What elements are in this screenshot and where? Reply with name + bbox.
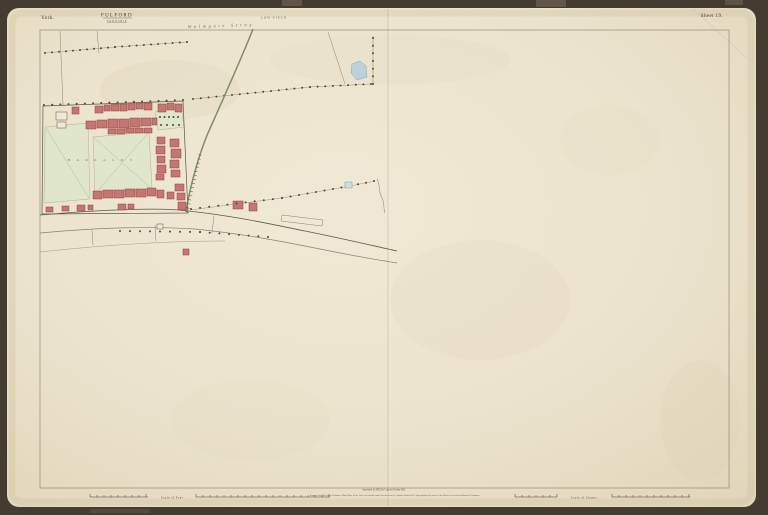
- building-block: [156, 146, 165, 154]
- tree-dot: [324, 190, 326, 192]
- tree-dot: [263, 199, 265, 201]
- tree-dot: [128, 45, 130, 47]
- tree-dot: [208, 206, 210, 208]
- building-block: [125, 189, 135, 197]
- adjacent-sheet-edge: [282, 0, 302, 6]
- tree-dot: [372, 68, 374, 70]
- tree-dot: [79, 49, 81, 51]
- tree-dot: [372, 75, 374, 77]
- building-block: [120, 104, 127, 111]
- tree-dot: [173, 116, 175, 118]
- tree-dot: [199, 207, 201, 209]
- tree-dot: [129, 230, 131, 232]
- tree-dot: [372, 60, 374, 62]
- tree-dot: [209, 232, 211, 234]
- tree-dot: [340, 85, 342, 87]
- building-block: [175, 184, 184, 191]
- building-block: [249, 203, 257, 211]
- building-block: [104, 105, 110, 111]
- tree-dot: [169, 231, 171, 233]
- tree-dot: [182, 99, 184, 101]
- tree-dot: [177, 116, 179, 118]
- tree-dot: [370, 83, 372, 85]
- tree-dot: [199, 231, 201, 233]
- building-block: [157, 156, 165, 163]
- small-blue-structure: [345, 182, 352, 188]
- building-block: [118, 204, 126, 210]
- tree-dot: [117, 101, 119, 103]
- tree-dot: [119, 230, 121, 232]
- tree-dot: [189, 231, 191, 233]
- tree-dot: [372, 45, 374, 47]
- tree-dot: [286, 88, 288, 90]
- building-block: [136, 103, 143, 109]
- tree-dot: [309, 86, 311, 88]
- tree-dot: [238, 234, 240, 236]
- tree-dot: [149, 230, 151, 232]
- building-block: [97, 120, 107, 128]
- scale-bar-right-label: Scale of Chains: [571, 496, 598, 500]
- tree-dot: [158, 100, 160, 102]
- tree-dot: [72, 50, 74, 52]
- tree-dot: [51, 104, 53, 106]
- tree-dot: [267, 236, 269, 238]
- tree-dot: [278, 89, 280, 91]
- tree-dot: [239, 93, 241, 95]
- tree-dot: [164, 116, 166, 118]
- building-block: [147, 188, 156, 196]
- building-block: [114, 190, 124, 198]
- tree-dot: [86, 48, 88, 50]
- tree-dot: [262, 91, 264, 93]
- tree-dot: [372, 52, 374, 54]
- tree-dot: [125, 101, 127, 103]
- tree-dot: [324, 85, 326, 87]
- tree-dot: [226, 204, 228, 206]
- building-block: [135, 128, 143, 133]
- building-block: [156, 174, 164, 180]
- tree-dot: [172, 124, 174, 126]
- building-outline: [57, 122, 66, 128]
- building-block: [167, 103, 174, 110]
- tree-dot: [143, 44, 145, 46]
- corner-label: York.: [41, 15, 54, 21]
- building-block: [157, 165, 166, 173]
- tree-dot: [174, 99, 176, 101]
- parade-ground: [44, 123, 90, 203]
- building-block: [103, 190, 113, 198]
- building-block: [141, 118, 151, 126]
- tree-dot: [362, 83, 364, 85]
- tree-dot: [160, 124, 162, 126]
- tree-dot: [178, 124, 180, 126]
- tree-dot: [157, 43, 159, 45]
- tree-dot: [133, 101, 135, 103]
- field-name-label: LOW FIELD: [261, 16, 287, 20]
- building-block: [144, 128, 152, 133]
- building-block: [95, 106, 103, 113]
- building-block: [130, 118, 140, 127]
- building-block: [136, 189, 146, 197]
- building-block: [157, 137, 165, 144]
- tree-dot: [218, 232, 220, 234]
- tree-dot: [149, 100, 151, 102]
- tree-dot: [92, 102, 94, 104]
- tree-dot: [245, 201, 247, 203]
- tree-dot: [231, 94, 233, 96]
- tree-dot: [150, 44, 152, 46]
- building-block: [119, 119, 129, 128]
- tree-dot: [247, 92, 249, 94]
- building-block: [183, 249, 189, 255]
- tree-dot: [159, 116, 161, 118]
- tree-dot: [257, 235, 259, 237]
- tree-dot: [139, 230, 141, 232]
- building-block: [171, 170, 180, 177]
- building-block: [233, 201, 243, 209]
- tree-dot: [341, 187, 343, 189]
- tree-dot: [166, 100, 168, 102]
- parish-heading-sub: TOWNSHIP: [107, 20, 128, 23]
- tree-dot: [100, 47, 102, 49]
- tree-dot: [136, 45, 138, 47]
- building-block: [117, 129, 125, 134]
- building-block: [93, 191, 102, 199]
- adjacent-sheet-edge: [536, 0, 566, 7]
- tree-dot: [108, 102, 110, 104]
- building-block: [170, 139, 179, 147]
- imprint-line-2: Engraved in 1853 at the Ordnance Map Off…: [310, 494, 481, 497]
- tree-dot: [315, 191, 317, 193]
- building-block: [157, 190, 164, 198]
- tree-dot: [190, 208, 192, 210]
- tree-dot: [332, 85, 334, 87]
- building-block: [170, 160, 179, 168]
- tree-dot: [186, 41, 188, 43]
- tree-dot: [68, 103, 70, 105]
- tree-dot: [298, 194, 300, 196]
- tree-dot: [168, 116, 170, 118]
- building-block: [46, 207, 53, 212]
- building-block: [177, 193, 185, 200]
- tree-dot: [59, 103, 61, 105]
- tree-dot: [236, 203, 238, 205]
- building-block: [108, 129, 116, 134]
- tree-dot: [58, 51, 60, 53]
- tree-dot: [270, 90, 272, 92]
- tree-dot: [44, 52, 46, 54]
- tree-dot: [248, 235, 250, 237]
- tree-dot: [332, 188, 334, 190]
- tree-dot: [293, 88, 295, 90]
- tree-dot: [121, 46, 123, 48]
- tree-dot: [373, 180, 375, 182]
- building-block: [178, 202, 186, 210]
- building-block: [88, 205, 93, 210]
- building-block: [126, 128, 134, 133]
- building-outline: [157, 224, 163, 229]
- sheet-number-label: Sheet 19.: [701, 14, 723, 19]
- tree-dot: [365, 182, 367, 184]
- tree-dot: [179, 231, 181, 233]
- tree-dot: [159, 231, 161, 233]
- tree-dot: [281, 197, 283, 199]
- barracks-label: BARRACKS: [68, 158, 139, 162]
- tree-dot: [84, 103, 86, 105]
- tree-dot: [208, 96, 210, 98]
- parish-heading: FULFORD: [101, 14, 133, 19]
- building-block: [175, 104, 182, 112]
- building-block: [158, 104, 166, 112]
- building-block: [77, 205, 85, 211]
- building-block: [62, 206, 69, 211]
- tree-dot: [228, 233, 230, 235]
- tree-dot: [215, 96, 217, 98]
- tree-dot: [107, 47, 109, 49]
- building-block: [86, 121, 96, 129]
- tree-dot: [357, 183, 359, 185]
- tree-dot: [65, 50, 67, 52]
- scanned-map-page: York. Sheet 19. FULFORD TOWNSHIP LOW FIE…: [0, 0, 768, 515]
- building-block: [111, 104, 119, 111]
- tree-dot: [192, 98, 194, 100]
- tree-dot: [254, 92, 256, 94]
- tree-dot: [347, 84, 349, 86]
- tree-dot: [372, 37, 374, 39]
- tree-dot: [254, 200, 256, 202]
- tree-dot: [200, 97, 202, 99]
- tree-dot: [172, 42, 174, 44]
- tree-dot: [100, 102, 102, 104]
- tree-dot: [372, 83, 374, 85]
- tree-dot: [290, 196, 292, 198]
- imprint-line-1: Surveyed in 1852 by Captain Tucker R.E.: [362, 489, 406, 492]
- building-block: [144, 103, 152, 110]
- building-block: [128, 103, 135, 110]
- building-block: [171, 149, 181, 158]
- tree-dot: [355, 84, 357, 86]
- tree-dot: [114, 46, 116, 48]
- tree-dot: [272, 198, 274, 200]
- building-block: [167, 192, 174, 199]
- tree-dot: [166, 124, 168, 126]
- adjacent-sheet-edge: [90, 509, 150, 513]
- building-block: [72, 107, 79, 114]
- tree-dot: [43, 104, 45, 106]
- building-block: [128, 204, 134, 209]
- tree-dot: [93, 48, 95, 50]
- tree-dot: [217, 205, 219, 207]
- building-block: [108, 119, 118, 128]
- map-sheet-svg: York. Sheet 19. FULFORD TOWNSHIP LOW FIE…: [0, 0, 768, 515]
- building-block: [152, 118, 157, 125]
- tree-dot: [76, 103, 78, 105]
- tree-dot: [179, 42, 181, 44]
- adjacent-sheet-edge: [725, 0, 743, 5]
- tree-dot: [164, 43, 166, 45]
- tree-dot: [307, 193, 309, 195]
- building-outline: [56, 112, 67, 120]
- tree-dot: [141, 101, 143, 103]
- tree-dot: [301, 87, 303, 89]
- tree-dot: [317, 86, 319, 88]
- tree-dot: [51, 51, 53, 53]
- scale-bar-left-label: Scale of Feet: [161, 496, 183, 500]
